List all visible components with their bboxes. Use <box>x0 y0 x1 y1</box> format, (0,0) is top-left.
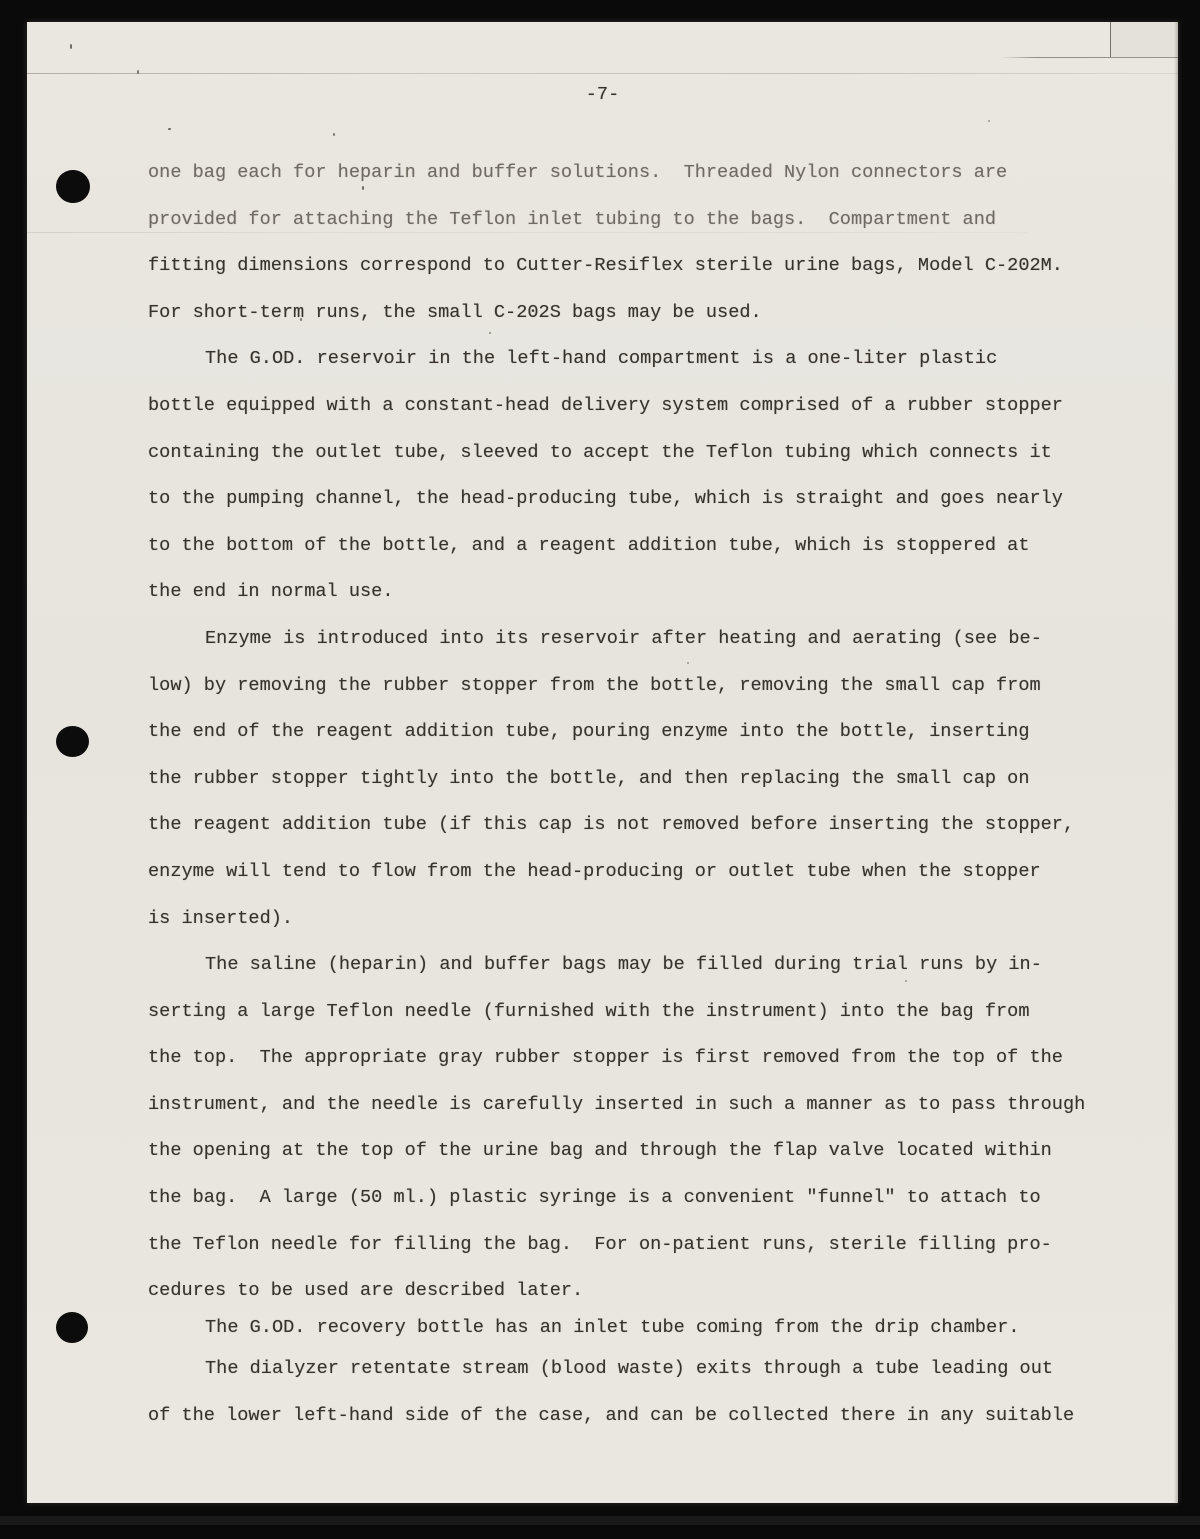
sheet-behind-corner <box>1110 22 1178 57</box>
text-line: the top. The appropriate gray rubber sto… <box>148 1035 1158 1082</box>
scanner-bottom-reflection <box>0 1516 1200 1525</box>
text-line: the opening at the top of the urine bag … <box>148 1128 1158 1175</box>
dust-speck <box>333 133 335 136</box>
text-line: enzyme will tend to flow from the head-p… <box>148 849 1158 896</box>
dust-speck <box>70 44 72 49</box>
text-line: The G.OD. recovery bottle has an inlet t… <box>148 1305 1158 1352</box>
text-line: the reagent addition tube (if this cap i… <box>148 802 1158 849</box>
text-line: bottle equipped with a constant-head del… <box>148 383 1158 430</box>
text-line: the bag. A large (50 ml.) plastic syring… <box>148 1175 1158 1222</box>
text-line: the Teflon needle for filling the bag. F… <box>148 1222 1158 1269</box>
text-line: For short-term runs, the small C-202S ba… <box>148 290 1158 337</box>
text-line: The saline (heparin) and buffer bags may… <box>148 942 1158 989</box>
page-number: -7- <box>27 85 1178 105</box>
paragraph: The G.OD. recovery bottle has an inlet t… <box>148 1305 1158 1352</box>
text-line: fitting dimensions correspond to Cutter-… <box>148 243 1158 290</box>
paragraph: Enzyme is introduced into its reservoir … <box>148 616 1158 942</box>
text-line: instrument, and the needle is carefully … <box>148 1082 1158 1129</box>
text-line: to the bottom of the bottle, and a reage… <box>148 523 1158 570</box>
hole-punch-middle <box>56 726 89 757</box>
dust-speck <box>137 70 139 74</box>
text-line: is inserted). <box>148 896 1158 943</box>
text-line: containing the outlet tube, sleeved to a… <box>148 430 1158 477</box>
text-line: the end of the reagent addition tube, po… <box>148 709 1158 756</box>
text-line: one bag each for heparin and buffer solu… <box>148 150 1158 197</box>
hole-punch-top <box>54 168 92 205</box>
text-line: to the pumping channel, the head-produci… <box>148 476 1158 523</box>
text-line: of the lower left-hand side of the case,… <box>148 1393 1158 1440</box>
scan-background: -7- one bag each for heparin and buffer … <box>0 0 1200 1539</box>
text-line: the rubber stopper tightly into the bott… <box>148 756 1158 803</box>
sheet-behind-vertical-edge <box>1110 22 1111 57</box>
document-page: -7- one bag each for heparin and buffer … <box>27 22 1178 1503</box>
paragraph: The G.OD. reservoir in the left-hand com… <box>148 336 1158 616</box>
text-line: low) by removing the rubber stopper from… <box>148 663 1158 710</box>
text-line: serting a large Teflon needle (furnished… <box>148 989 1158 1036</box>
paragraph: one bag each for heparin and buffer solu… <box>148 150 1158 336</box>
paper-crease-line <box>27 73 1178 74</box>
paragraph: The dialyzer retentate stream (blood was… <box>148 1346 1158 1439</box>
dust-speck <box>988 120 990 122</box>
sheet-behind-horizontal-edge <box>1000 57 1178 58</box>
paper-right-edge-shadow <box>1174 22 1178 1503</box>
text-line: provided for attaching the Teflon inlet … <box>148 197 1158 244</box>
document-body: one bag each for heparin and buffer solu… <box>148 150 1158 1440</box>
text-line: Enzyme is introduced into its reservoir … <box>148 616 1158 663</box>
hole-punch-bottom <box>56 1312 88 1343</box>
text-line: the end in normal use. <box>148 569 1158 616</box>
text-line: The G.OD. reservoir in the left-hand com… <box>148 336 1158 383</box>
text-line: The dialyzer retentate stream (blood was… <box>148 1346 1158 1393</box>
dust-speck <box>168 128 171 130</box>
paragraph: The saline (heparin) and buffer bags may… <box>148 942 1158 1315</box>
